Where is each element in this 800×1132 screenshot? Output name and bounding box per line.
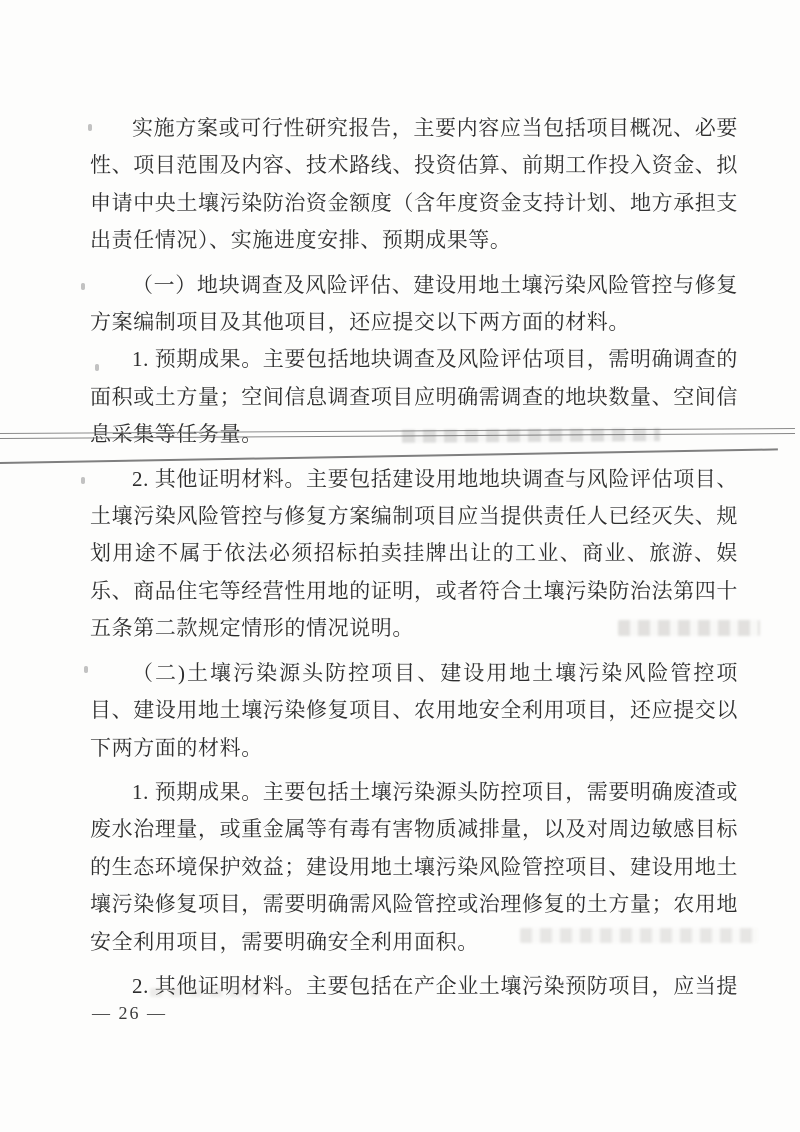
document-page: 实施方案或可行性研究报告，主要内容应当包括项目概况、必要性、项目范围及内容、技术…	[0, 0, 800, 1132]
paragraph-1-other-materials: 2. 其他证明材料。主要包括建设用地地块调查与风险评估项目、土壤污染风险管控与修…	[90, 461, 738, 648]
paragraph-2-other-materials: 2. 其他证明材料。主要包括在产企业土壤污染预防项目，应当提	[90, 968, 738, 1005]
document-text-block: 实施方案或可行性研究报告，主要内容应当包括项目概况、必要性、项目范围及内容、技术…	[90, 110, 738, 1005]
paragraph-1-expected-results: 1. 预期成果。主要包括地块调查及风险评估项目，需明确调查的面积或土方量；空间信…	[90, 341, 738, 453]
paragraph-implementation-plan: 实施方案或可行性研究报告，主要内容应当包括项目概况、必要性、项目范围及内容、技术…	[90, 110, 738, 260]
paragraph-section-1-heading: （一）地块调查及风险评估、建设用地土壤污染风险管控与修复方案编制项目及其他项目，…	[90, 267, 738, 342]
paragraph-2-expected-results: 1. 预期成果。主要包括土壤污染源头防控项目，需要明确废渣或废水治理量，或重金属…	[90, 774, 738, 961]
scan-artifact-speck	[81, 283, 85, 290]
page-number: — 26 —	[92, 1003, 167, 1024]
scan-artifact-speck	[81, 477, 85, 484]
scan-artifact-speck	[84, 666, 88, 673]
paragraph-section-2-heading: （二)土壤污染源头防控项目、建设用地土壤污染风险管控项目、建设用地土壤污染修复项…	[90, 655, 738, 767]
